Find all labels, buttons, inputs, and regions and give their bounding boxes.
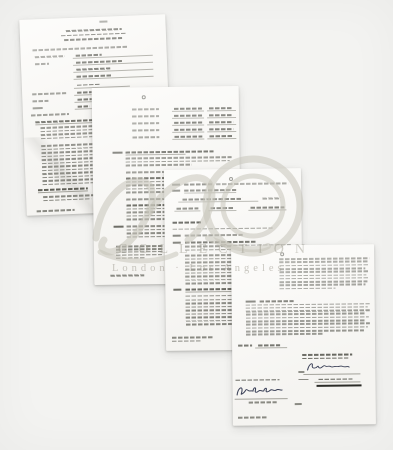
fill-in-underline bbox=[126, 153, 186, 155]
page-number-mark bbox=[280, 252, 284, 256]
typed-line bbox=[132, 129, 159, 131]
typed-line bbox=[132, 115, 159, 117]
page-stack bbox=[0, 0, 393, 450]
typed-line bbox=[238, 345, 252, 347]
typed-line bbox=[66, 28, 122, 32]
typed-line bbox=[132, 108, 159, 110]
fill-in-underline bbox=[172, 124, 204, 125]
typed-line bbox=[116, 257, 146, 259]
typed-line bbox=[262, 197, 280, 199]
signer-signature bbox=[235, 383, 285, 399]
typed-line bbox=[209, 135, 233, 137]
typed-line bbox=[279, 277, 369, 280]
fill-in-underline bbox=[172, 138, 204, 139]
typed-line bbox=[172, 336, 214, 338]
typed-line bbox=[32, 46, 128, 51]
page-number-mark bbox=[229, 177, 233, 181]
typed-line bbox=[279, 261, 368, 264]
typed-line bbox=[260, 300, 294, 302]
typed-line bbox=[61, 32, 127, 36]
typed-line bbox=[279, 280, 367, 283]
typed-line bbox=[132, 122, 159, 124]
typed-line bbox=[127, 235, 168, 237]
fill-in-underline bbox=[207, 117, 236, 118]
typed-line bbox=[126, 156, 232, 159]
typed-line bbox=[174, 135, 202, 137]
typed-line bbox=[174, 114, 202, 116]
typed-line bbox=[246, 300, 256, 302]
fill-in-underline bbox=[314, 381, 360, 382]
typed-line bbox=[35, 55, 65, 58]
typed-line bbox=[185, 241, 257, 244]
fill-in-underline bbox=[185, 291, 231, 293]
typed-line bbox=[216, 182, 288, 185]
typed-line bbox=[37, 209, 75, 212]
typed-line bbox=[176, 207, 198, 209]
typed-line bbox=[209, 114, 233, 116]
typed-line bbox=[32, 100, 48, 102]
typed-line bbox=[174, 128, 202, 130]
typed-line bbox=[173, 235, 181, 237]
typed-line bbox=[302, 353, 352, 355]
typed-line bbox=[43, 198, 91, 202]
fill-in-underline bbox=[208, 210, 236, 211]
typed-line bbox=[246, 333, 323, 335]
typed-line bbox=[235, 379, 279, 381]
typed-line bbox=[209, 121, 233, 123]
typed-line bbox=[173, 221, 203, 223]
fill-in-underline bbox=[248, 209, 286, 210]
typed-line bbox=[302, 357, 348, 359]
typed-line bbox=[185, 234, 243, 236]
typed-line bbox=[173, 242, 181, 244]
typed-line bbox=[258, 344, 280, 346]
typed-line bbox=[64, 37, 122, 41]
redaction-bar bbox=[317, 384, 362, 387]
typed-line bbox=[250, 206, 284, 208]
typed-line bbox=[238, 416, 268, 418]
typed-line bbox=[184, 183, 212, 185]
typed-line bbox=[33, 107, 43, 109]
document-photo: collection London · Los Angeles bbox=[0, 0, 393, 450]
typed-line bbox=[298, 378, 308, 380]
fill-in-underline bbox=[207, 124, 236, 125]
fill-in-underline bbox=[235, 398, 288, 400]
typed-line bbox=[173, 289, 181, 291]
typed-line bbox=[279, 267, 365, 270]
contract-page-4 bbox=[231, 244, 376, 425]
typed-line bbox=[298, 371, 304, 373]
fill-in-underline bbox=[172, 131, 204, 132]
fill-in-underline bbox=[255, 347, 287, 348]
fill-in-underline bbox=[174, 210, 200, 211]
typed-line bbox=[172, 340, 202, 342]
typed-line bbox=[99, 20, 107, 22]
typed-line bbox=[209, 107, 233, 109]
typed-line bbox=[279, 257, 369, 260]
typed-line bbox=[113, 152, 123, 154]
typed-line bbox=[114, 226, 124, 228]
typed-line bbox=[126, 164, 192, 167]
company-signature bbox=[304, 360, 352, 374]
typed-line bbox=[249, 401, 277, 403]
typed-line bbox=[209, 128, 233, 130]
typed-line bbox=[35, 63, 49, 65]
typed-line bbox=[32, 92, 66, 95]
typed-line bbox=[210, 207, 234, 209]
typed-line bbox=[246, 329, 364, 332]
typed-line bbox=[172, 190, 180, 192]
fill-in-underline bbox=[172, 117, 204, 118]
typed-line bbox=[110, 274, 144, 276]
typed-line bbox=[116, 254, 162, 256]
typed-line bbox=[132, 136, 159, 138]
fill-in-underline bbox=[207, 110, 236, 111]
fill-in-underline bbox=[184, 191, 236, 193]
page-number-mark bbox=[142, 95, 146, 99]
typed-line bbox=[174, 107, 202, 109]
typed-line bbox=[173, 227, 273, 230]
fill-in-underline bbox=[207, 138, 236, 139]
typed-line bbox=[279, 264, 369, 267]
typed-line bbox=[172, 184, 180, 186]
typed-line bbox=[174, 121, 202, 123]
typed-line bbox=[279, 270, 369, 273]
typed-line bbox=[318, 378, 352, 380]
fill-in-underline bbox=[178, 201, 258, 203]
typed-line bbox=[31, 113, 69, 116]
typed-line bbox=[279, 274, 366, 277]
fill-in-underline bbox=[207, 131, 236, 132]
fill-in-underline bbox=[172, 110, 204, 111]
typed-line bbox=[182, 198, 242, 200]
typed-line bbox=[279, 284, 365, 287]
typed-line bbox=[78, 105, 90, 107]
fill-in-underline bbox=[303, 373, 360, 375]
typed-line bbox=[295, 403, 302, 405]
typed-line bbox=[126, 160, 230, 163]
typed-line bbox=[280, 287, 336, 289]
